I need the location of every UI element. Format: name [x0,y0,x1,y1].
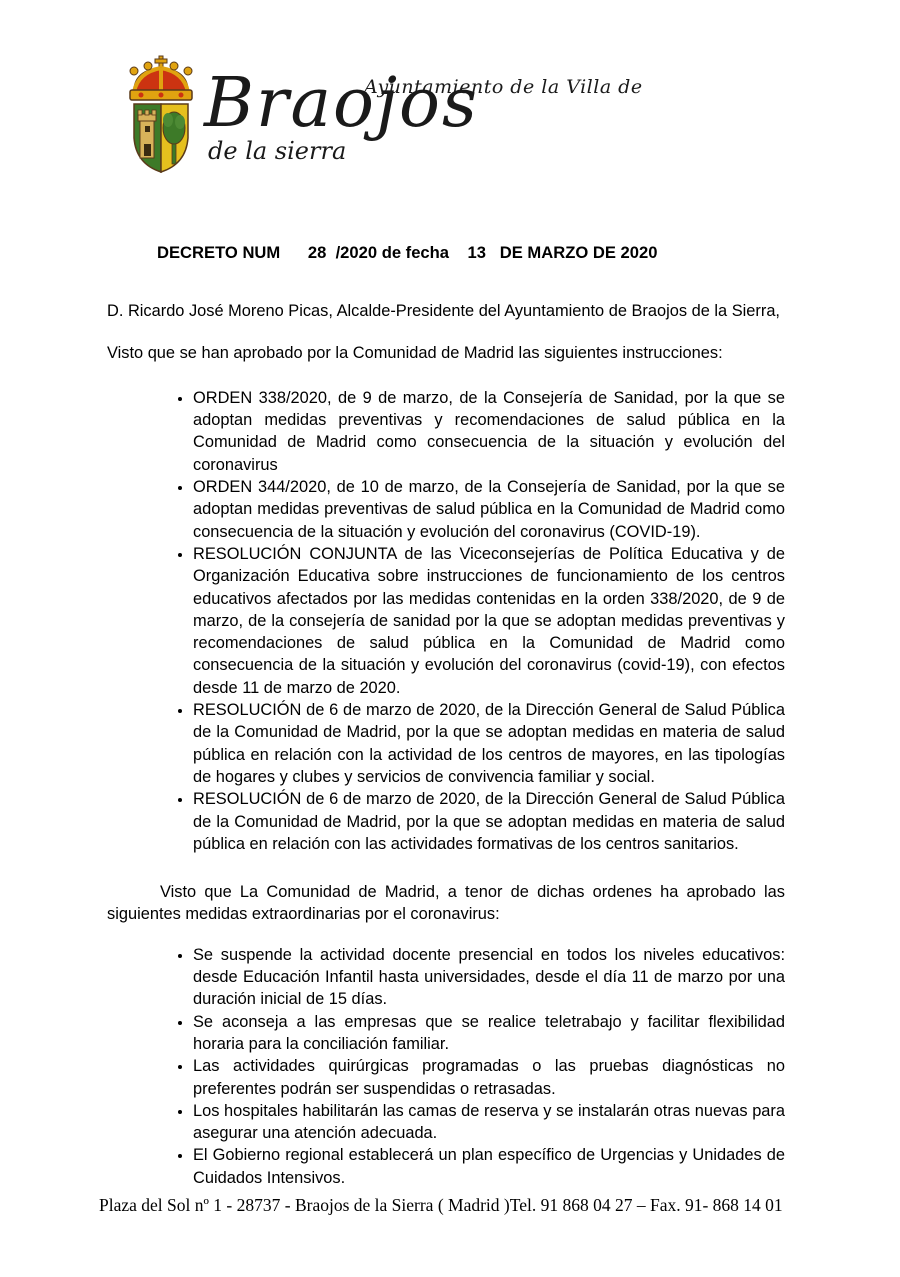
list-item: Los hospitales habilitarán las camas de … [193,1100,785,1145]
footer-address: Plaza del Sol nº 1 - 28737 - Braojos de … [99,1194,785,1216]
list-item: RESOLUCIÓN de 6 de marzo de 2020, de la … [193,788,785,855]
paragraph-intro: D. Ricardo José Moreno Picas, Alcalde-Pr… [107,300,785,322]
list-item: ORDEN 344/2020, de 10 de marzo, de la Co… [193,476,785,543]
instructions-list: ORDEN 338/2020, de 9 de marzo, de la Con… [155,387,785,855]
list-item: Se suspende la actividad docente presenc… [193,944,785,1011]
paragraph-visto-medidas: Visto que La Comunidad de Madrid, a teno… [107,881,785,926]
decree-document-page: Ayuntamiento de la Villa de Braojos de l… [0,0,900,1277]
letterhead: Ayuntamiento de la Villa de Braojos de l… [118,52,658,182]
coat-of-arms-icon [118,54,204,176]
letterhead-town-name: Braojos [204,70,479,138]
letterhead-town-subtitle: de la sierra [208,140,346,162]
list-item: RESOLUCIÓN de 6 de marzo de 2020, de la … [193,699,785,788]
list-item: RESOLUCIÓN CONJUNTA de las Viceconsejerí… [193,543,785,699]
letterhead-wordmark: Ayuntamiento de la Villa de Braojos de l… [204,52,664,182]
list-item: Se aconseja a las empresas que se realic… [193,1011,785,1056]
paragraph-visto-instrucciones: Visto que se han aprobado por la Comunid… [107,342,785,364]
list-item: Las actividades quirúrgicas programadas … [193,1055,785,1100]
list-item: El Gobierno regional establecerá un plan… [193,1144,785,1189]
measures-list: Se suspende la actividad docente presenc… [155,944,785,1189]
list-item: ORDEN 338/2020, de 9 de marzo, de la Con… [193,387,785,476]
